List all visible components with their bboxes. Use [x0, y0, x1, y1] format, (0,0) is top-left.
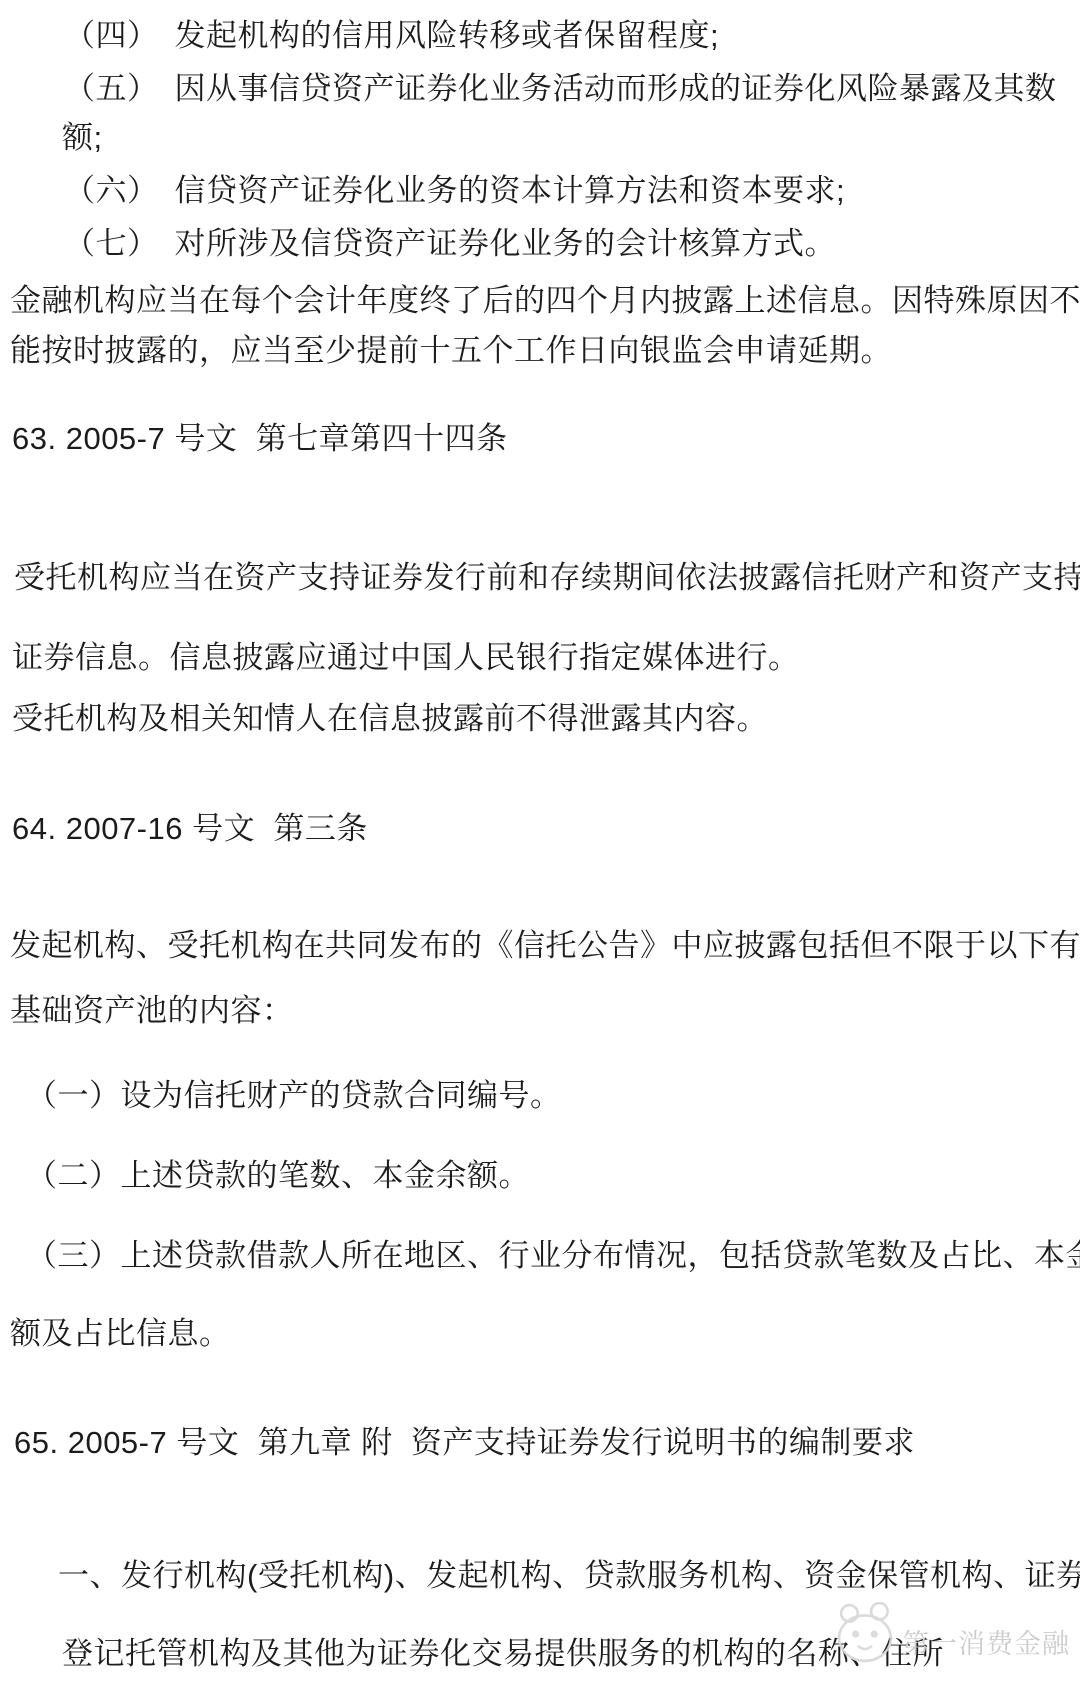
para-disclosure-line2: 能按时披露的，应当至少提前十五个工作日向银监会申请延期。 [10, 324, 892, 377]
para-63-line3: 受托机构及相关知情人在信息披露前不得泄露其内容。 [12, 692, 768, 745]
para-64-line2: 基础资产池的内容： [10, 984, 294, 1037]
list-item-three-line2: 额及占比信息。 [10, 1307, 231, 1360]
para-63-line1: 受托机构应当在资产支持证券发行前和存续期间依法披露信托财产和资产支持 [14, 551, 1080, 604]
para-65-line2: 登记托管机构及其他为证券化交易提供服务的机构的名称、住所 [62, 1627, 944, 1680]
list-item-seven: （七） 对所涉及信贷资产证券化业务的会计核算方式。 [64, 217, 836, 270]
heading-article-63: 63. 2005-7 号文 第七章第四十四条 [12, 412, 508, 465]
para-63-line2: 证券信息。信息披露应通过中国人民银行指定媒体进行。 [12, 631, 800, 684]
list-item-six: （六） 信贷资产证券化业务的资本计算方法和资本要求; [64, 164, 845, 217]
list-item-two: （二）上述贷款的笔数、本金余额。 [26, 1149, 530, 1202]
para-65-line1: 一、发行机构(受托机构)、发起机构、贷款服务机构、资金保管机构、证券 [58, 1549, 1080, 1602]
para-disclosure-line1: 金融机构应当在每个会计年度终了后的四个月内披露上述信息。因特殊原因不 [10, 274, 1080, 327]
list-item-four: （四） 发起机构的信用风险转移或者保留程度; [64, 9, 719, 62]
para-64-line1: 发起机构、受托机构在共同发布的《信托公告》中应披露包括但不限于以下有关 [10, 919, 1080, 972]
list-item-five-line2: 额; [62, 111, 103, 164]
heading-article-64: 64. 2007-16 号文 第三条 [12, 802, 368, 855]
list-item-five-line1: （五） 因从事信贷资产证券化业务活动而形成的证券化风险暴露及其数 [64, 62, 1057, 115]
heading-article-65: 65. 2005-7 号文 第九章 附 资产支持证券发行说明书的编制要求 [14, 1416, 915, 1469]
document-page: （四） 发起机构的信用风险转移或者保留程度; （五） 因从事信贷资产证券化业务活… [0, 0, 1080, 1693]
list-item-three-line1: （三）上述贷款借款人所在地区、行业分布情况，包括贷款笔数及占比、本金余 [26, 1229, 1080, 1282]
list-item-one: （一）设为信托财产的贷款合同编号。 [26, 1069, 562, 1122]
